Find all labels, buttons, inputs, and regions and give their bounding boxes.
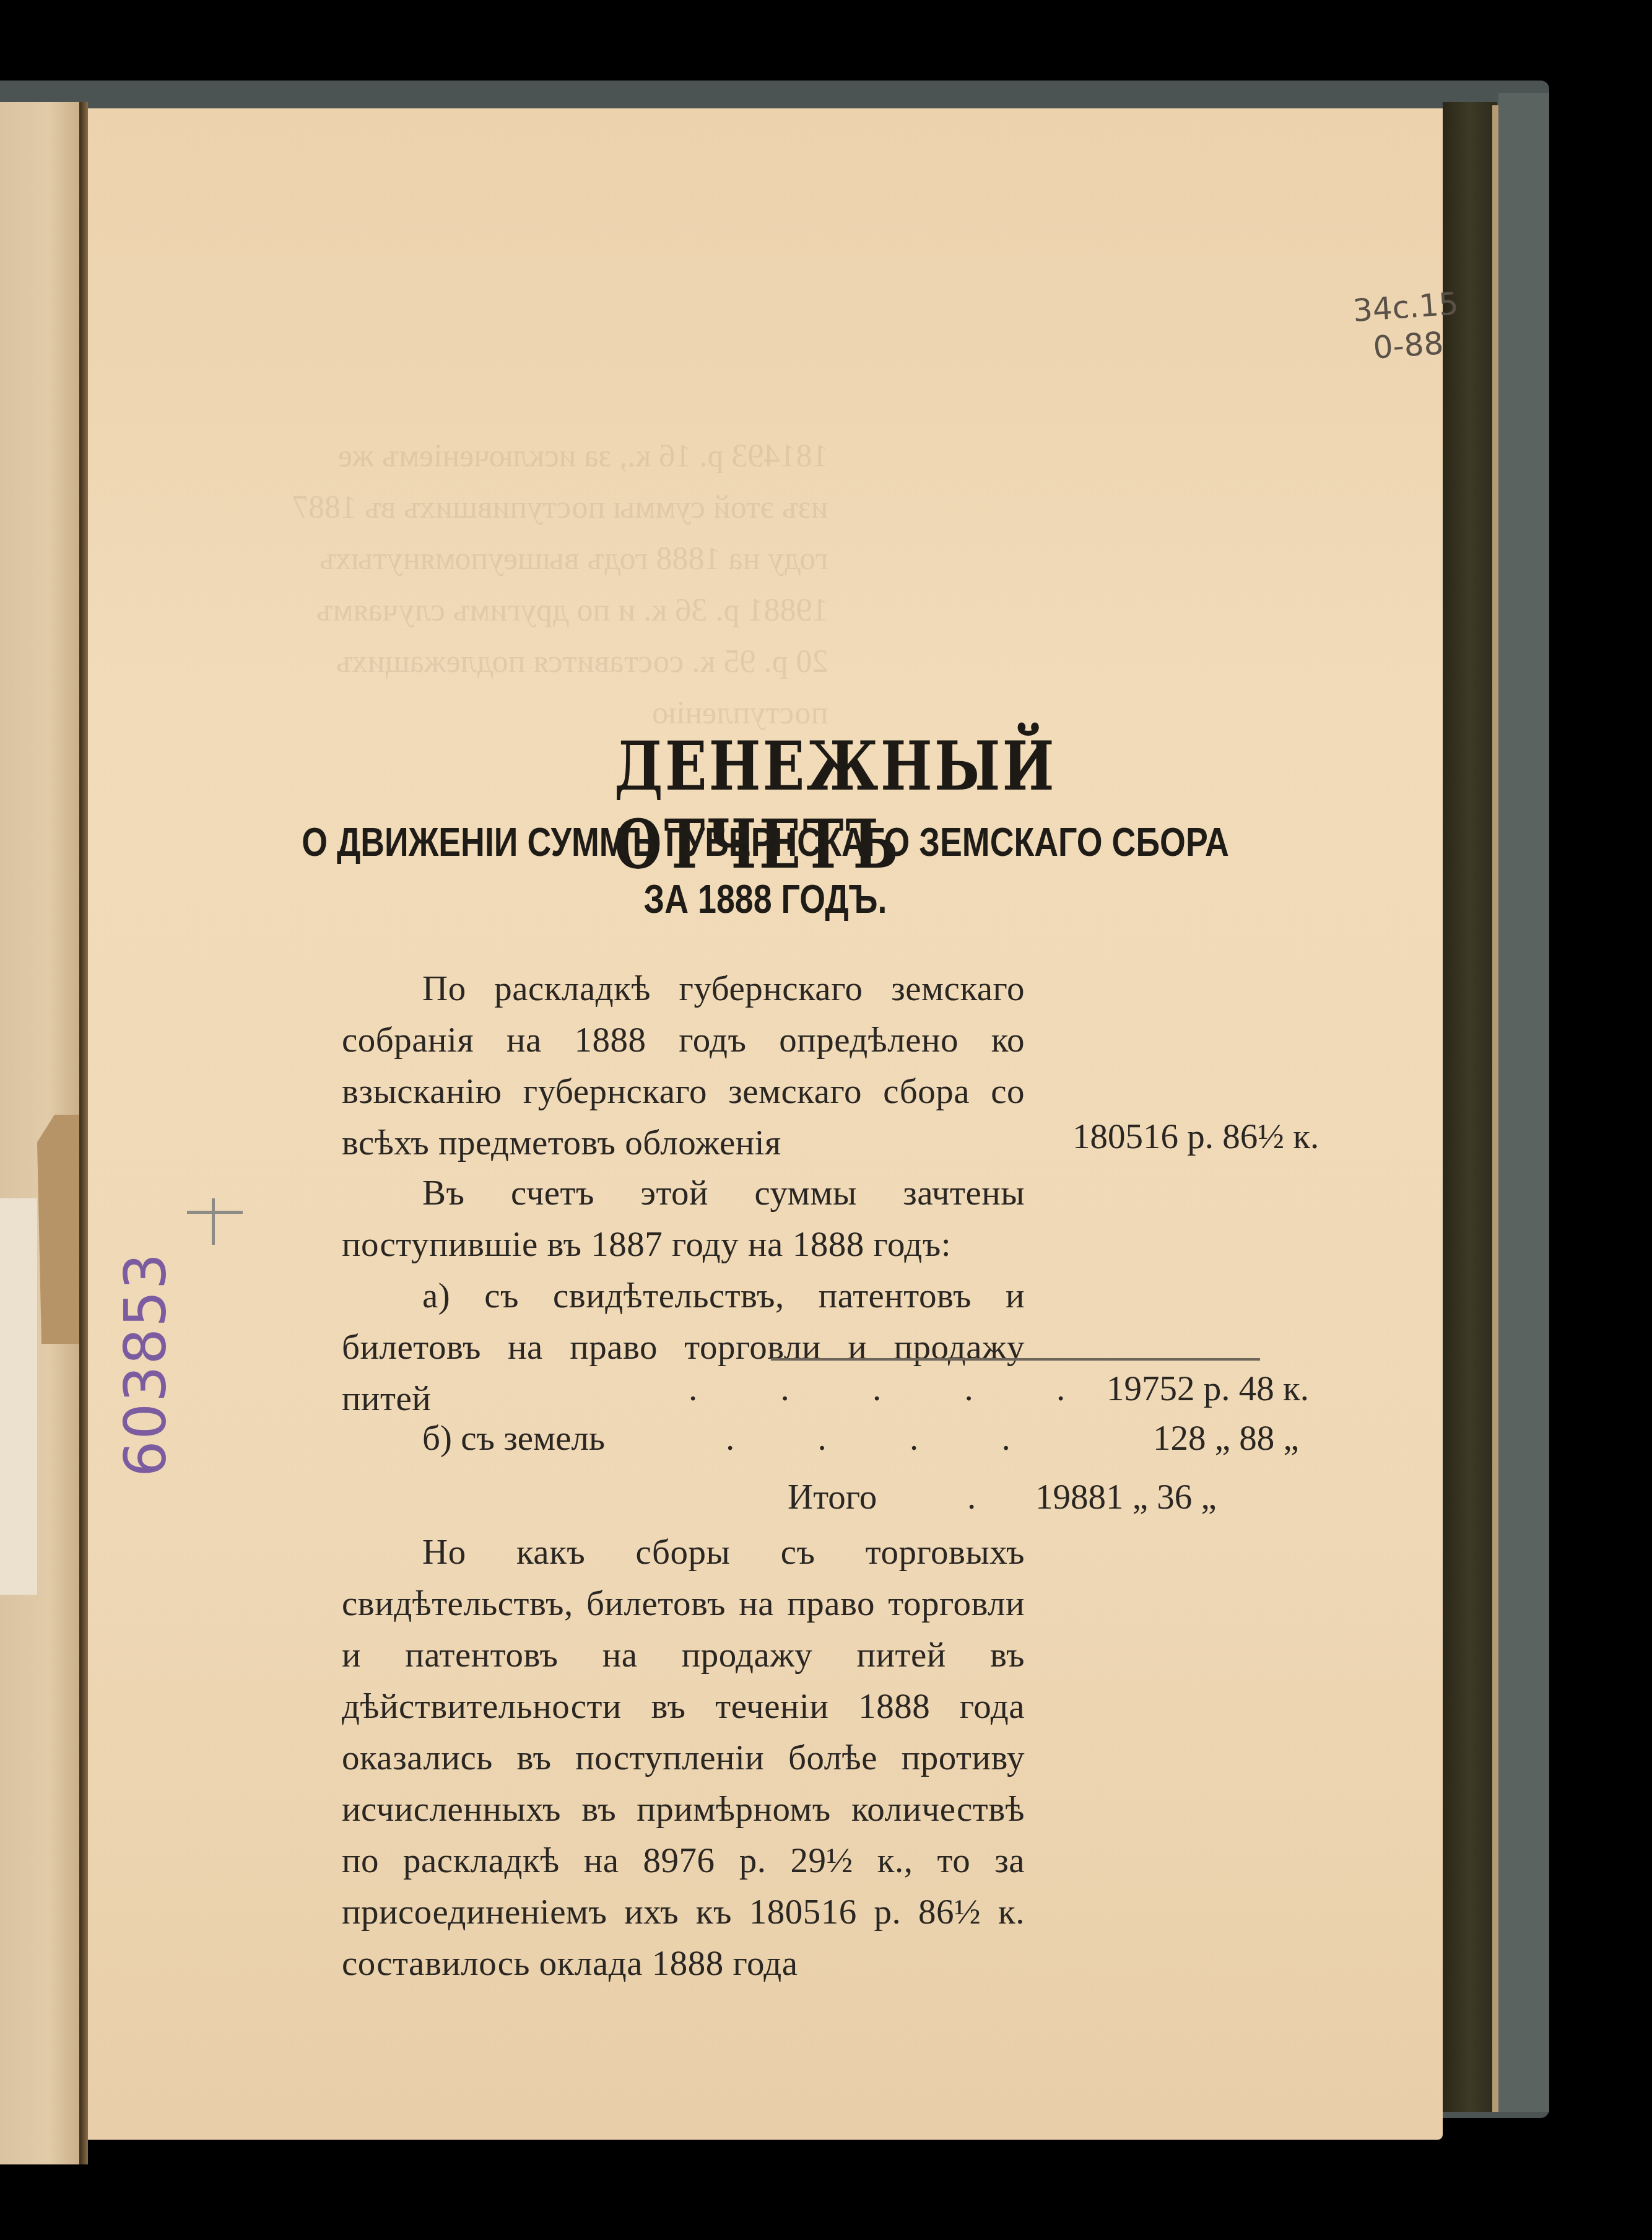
pencil-cross-mark bbox=[187, 1198, 243, 1254]
page-gutter bbox=[79, 102, 88, 2164]
paragraph-assessment-text: По раскладкѣ губернскаго земскаго собран… bbox=[342, 969, 1025, 1162]
paragraph-surplus-text: Но какъ сборы съ торговыхъ свидѣтельствъ… bbox=[342, 1533, 1025, 1983]
paragraph-assessment: По раскладкѣ губернскаго земскаго собран… bbox=[342, 963, 1025, 1169]
assessment-amount: 180516 р. 86½ к. bbox=[1072, 1117, 1319, 1157]
shelf-code-line2: 0-88 bbox=[1354, 323, 1463, 368]
total-amount: 19881 „ 36 „ bbox=[1035, 1477, 1217, 1517]
item-a-dots: . . . . . bbox=[689, 1369, 1102, 1409]
book-cover-spine-edge bbox=[1498, 93, 1549, 2112]
board-edge-strip bbox=[1492, 105, 1498, 2112]
inventory-stamp: 603853 bbox=[113, 1353, 125, 1366]
handwritten-shelf-code: 34с.15 0-88 bbox=[1352, 284, 1463, 368]
book-inner-board bbox=[1443, 102, 1497, 2112]
paragraph-surplus: Но какъ сборы съ торговыхъ свидѣтельствъ… bbox=[342, 1527, 1025, 1989]
torn-paper-strip bbox=[0, 1198, 37, 1595]
shelf-code-line1: 34с.15 bbox=[1352, 284, 1460, 330]
item-b-dots: . . . . bbox=[726, 1418, 1048, 1458]
inventory-number: 603853 bbox=[113, 1252, 179, 1477]
document-subtitle-line2: ЗА 1888 ГОДЪ. bbox=[196, 876, 1334, 922]
paper-tab bbox=[37, 1115, 80, 1344]
total-label: Итого bbox=[788, 1477, 877, 1517]
item-b-label: б) съ земель bbox=[422, 1418, 605, 1458]
show-through-text: 181493 р. 16 к., за исключеніемъ же изъ … bbox=[292, 430, 828, 739]
total-rule bbox=[771, 1358, 1260, 1361]
item-b-amount: 128 „ 88 „ bbox=[1153, 1418, 1299, 1458]
paragraph-credited: Въ счетъ этой суммы зачтены поступившіе … bbox=[342, 1167, 1025, 1270]
item-a-amount: 19752 р. 48 к. bbox=[1106, 1369, 1309, 1409]
total-dot: . bbox=[967, 1477, 976, 1517]
paragraph-credited-text: Въ счетъ этой суммы зачтены поступившіе … bbox=[342, 1174, 1025, 1264]
document-subtitle-line1: О ДВИЖЕНІИ СУММЪ ГУБЕРНСКАГО ЗЕМСКАГО СБ… bbox=[196, 819, 1334, 865]
document-page: 181493 р. 16 к., за исключеніемъ же изъ … bbox=[88, 108, 1443, 2140]
